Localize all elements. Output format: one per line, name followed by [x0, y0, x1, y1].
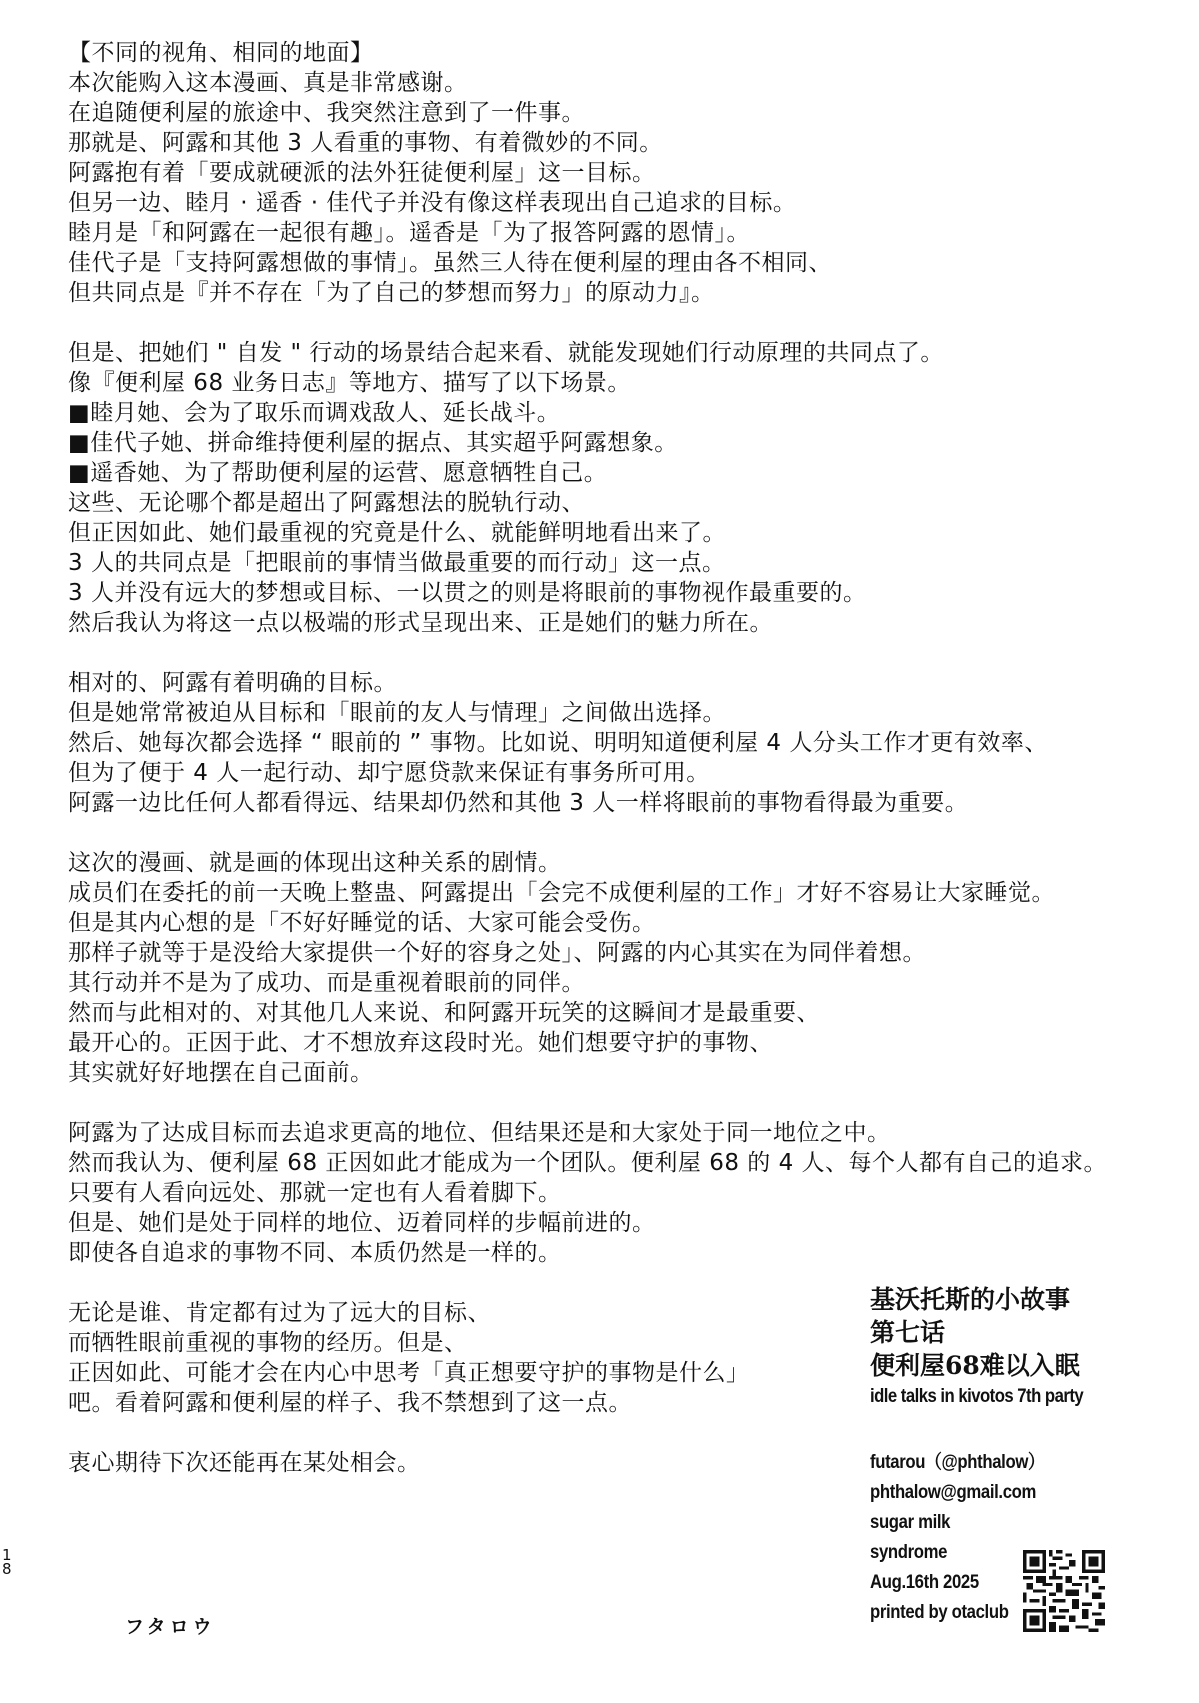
- text-line: 然而与此相对的、对其他几人来说、和阿露开玩笑的这瞬间才是最重要、: [68, 998, 1178, 1028]
- text-line: 3 人的共同点是「把眼前的事情当做最重要的而行动」这一点。: [68, 548, 1178, 578]
- text-line: 但另一边、睦月 · 遥香 · 佳代子并没有像这样表现出自己追求的目标。: [68, 188, 1178, 218]
- text-line: 成员们在委托的前一天晚上整蛊、阿露提出「会完不成便利屋的工作」才好不容易让大家睡…: [68, 878, 1178, 908]
- author-signature: フタロウ: [125, 1612, 216, 1639]
- text-line: 睦月是「和阿露在一起很有趣」。遥香是「为了报答阿露的恩情」。: [68, 218, 1178, 248]
- text-line: 这些、无论哪个都是超出了阿露想法的脱轨行动、: [68, 488, 1178, 518]
- text-line: 在追随便利屋的旅途中、我突然注意到了一件事。: [68, 98, 1178, 128]
- text-line: 其实就好好地摆在自己面前。: [68, 1058, 1178, 1088]
- printer: printed by otaclub: [870, 1598, 1044, 1628]
- circle-name-cont: syndrome: [870, 1538, 1044, 1568]
- episode-title: 便利屋68难以入眠: [870, 1349, 1190, 1382]
- circle-name: sugar milk: [870, 1508, 1044, 1538]
- text-line: 但是、把她们 " 自发 " 行动的场景结合起来看、就能发现她们行动原理的共同点了…: [68, 338, 1178, 368]
- text-line: 3 人并没有远大的梦想或目标、一以贯之的则是将眼前的事物视作最重要的。: [68, 578, 1178, 608]
- text-line: 相对的、阿露有着明确的目标。: [68, 668, 1178, 698]
- author-email: phthalow@gmail.com: [870, 1478, 1044, 1508]
- text-line: 但正因如此、她们最重视的究竟是什么、就能鲜明地看出来了。: [68, 518, 1178, 548]
- text-line: 那就是、阿露和其他 3 人看重的事物、有着微妙的不同。: [68, 128, 1178, 158]
- series-title: 基沃托斯的小故事: [870, 1283, 1190, 1316]
- paragraph-4: 这次的漫画、就是画的体现出这种关系的剧情。 成员们在委托的前一天晚上整蛊、阿露提…: [68, 848, 1178, 1088]
- bullet-line: ■遥香她、为了帮助便利屋的运营、愿意牺牲自己。: [68, 458, 1178, 488]
- section-heading: 【不同的视角、相同的地面】: [68, 38, 1178, 68]
- text-line: 但是她常常被迫从目标和「眼前的友人与情理」之间做出选择。: [68, 698, 1178, 728]
- text-line: 这次的漫画、就是画的体现出这种关系的剧情。: [68, 848, 1178, 878]
- text-line: 但共同点是『并不存在「为了自己的梦想而努力」的原动力』。: [68, 278, 1178, 308]
- page-number-digit: 8: [2, 1562, 12, 1576]
- text-line: 其行动并不是为了成功、而是重视着眼前的同伴。: [68, 968, 1178, 998]
- text-line: 阿露抱有着「要成就硬派的法外狂徒便利屋」这一目标。: [68, 158, 1178, 188]
- text-line: 即使各自追求的事物不同、本质仍然是一样的。: [68, 1238, 1178, 1268]
- paragraph-3: 相对的、阿露有着明确的目标。 但是她常常被迫从目标和「眼前的友人与情理」之间做出…: [68, 668, 1178, 818]
- publish-date: Aug.16th 2025: [870, 1568, 1044, 1598]
- qr-code-icon: [1023, 1550, 1105, 1632]
- bullet-line: ■佳代子她、拼命维持便利屋的据点、其实超乎阿露想象。: [68, 428, 1178, 458]
- text-line: 像『便利屋 68 业务日志』等地方、描写了以下场景。: [68, 368, 1178, 398]
- text-line: 然而我认为、便利屋 68 正因如此才能成为一个团队。便利屋 68 的 4 人、每…: [68, 1148, 1178, 1178]
- text-line: 然后、她每次都会选择 “ 眼前的 ” 事物。比如说、明明知道便利屋 4 人分头工…: [68, 728, 1178, 758]
- text-line: 然后我认为将这一点以极端的形式呈现出来、正是她们的魅力所在。: [68, 608, 1178, 638]
- colophon-title-block: 基沃托斯的小故事 第七话 便利屋68难以入眠 idle talks in kiv…: [870, 1283, 1190, 1410]
- bullet-line: ■睦月她、会为了取乐而调戏敌人、延长战斗。: [68, 398, 1178, 428]
- english-subtitle: idle talks in kivotos 7th party: [870, 1384, 1152, 1410]
- text-line: 但是其内心想的是「不好好睡觉的话、大家可能会受伤。: [68, 908, 1178, 938]
- text-line: 阿露为了达成目标而去追求更高的地位、但结果还是和大家处于同一地位之中。: [68, 1118, 1178, 1148]
- paragraph-1: 【不同的视角、相同的地面】 本次能购入这本漫画、真是非常感谢。 在追随便利屋的旅…: [68, 38, 1178, 308]
- episode-number: 第七话: [870, 1316, 1190, 1349]
- page-number: 1 8: [2, 1548, 12, 1576]
- text-line: 那样子就等于是没给大家提供一个好的容身之处」、阿露的内心其实在为同伴着想。: [68, 938, 1178, 968]
- text-line: 但为了便于 4 人一起行动、却宁愿贷款来保证有事务所可用。: [68, 758, 1178, 788]
- text-line: 只要有人看向远处、那就一定也有人看着脚下。: [68, 1178, 1178, 1208]
- text-line: 但是、她们是处于同样的地位、迈着同样的步幅前进的。: [68, 1208, 1178, 1238]
- text-line: 佳代子是「支持阿露想做的事情」。虽然三人待在便利屋的理由各不相同、: [68, 248, 1178, 278]
- text-line: 阿露一边比任何人都看得远、结果却仍然和其他 3 人一样将眼前的事物看得最为重要。: [68, 788, 1178, 818]
- paragraph-5: 阿露为了达成目标而去追求更高的地位、但结果还是和大家处于同一地位之中。 然而我认…: [68, 1118, 1178, 1268]
- paragraph-2: 但是、把她们 " 自发 " 行动的场景结合起来看、就能发现她们行动原理的共同点了…: [68, 338, 1178, 638]
- text-line: 最开心的。正因于此、才不想放弃这段时光。她们想要守护的事物、: [68, 1028, 1178, 1058]
- afterword-page: 【不同的视角、相同的地面】 本次能购入这本漫画、真是非常感谢。 在追随便利屋的旅…: [0, 0, 1199, 1703]
- text-line: 本次能购入这本漫画、真是非常感谢。: [68, 68, 1178, 98]
- author-handle: futarou（@phthalow）: [870, 1448, 1044, 1478]
